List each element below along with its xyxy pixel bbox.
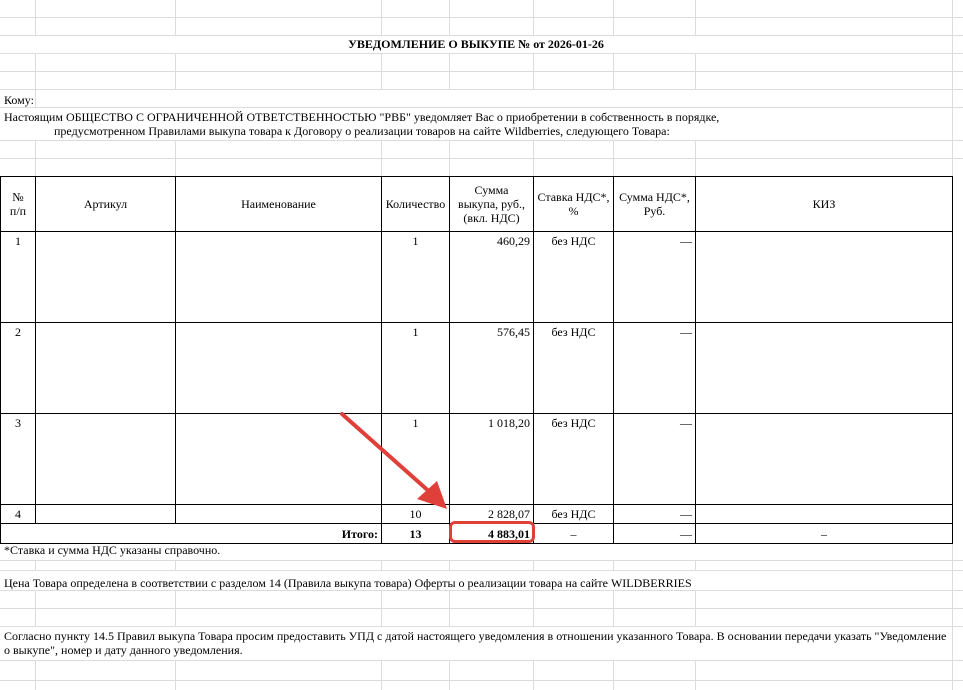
annotation-arrow-icon (0, 0, 963, 690)
